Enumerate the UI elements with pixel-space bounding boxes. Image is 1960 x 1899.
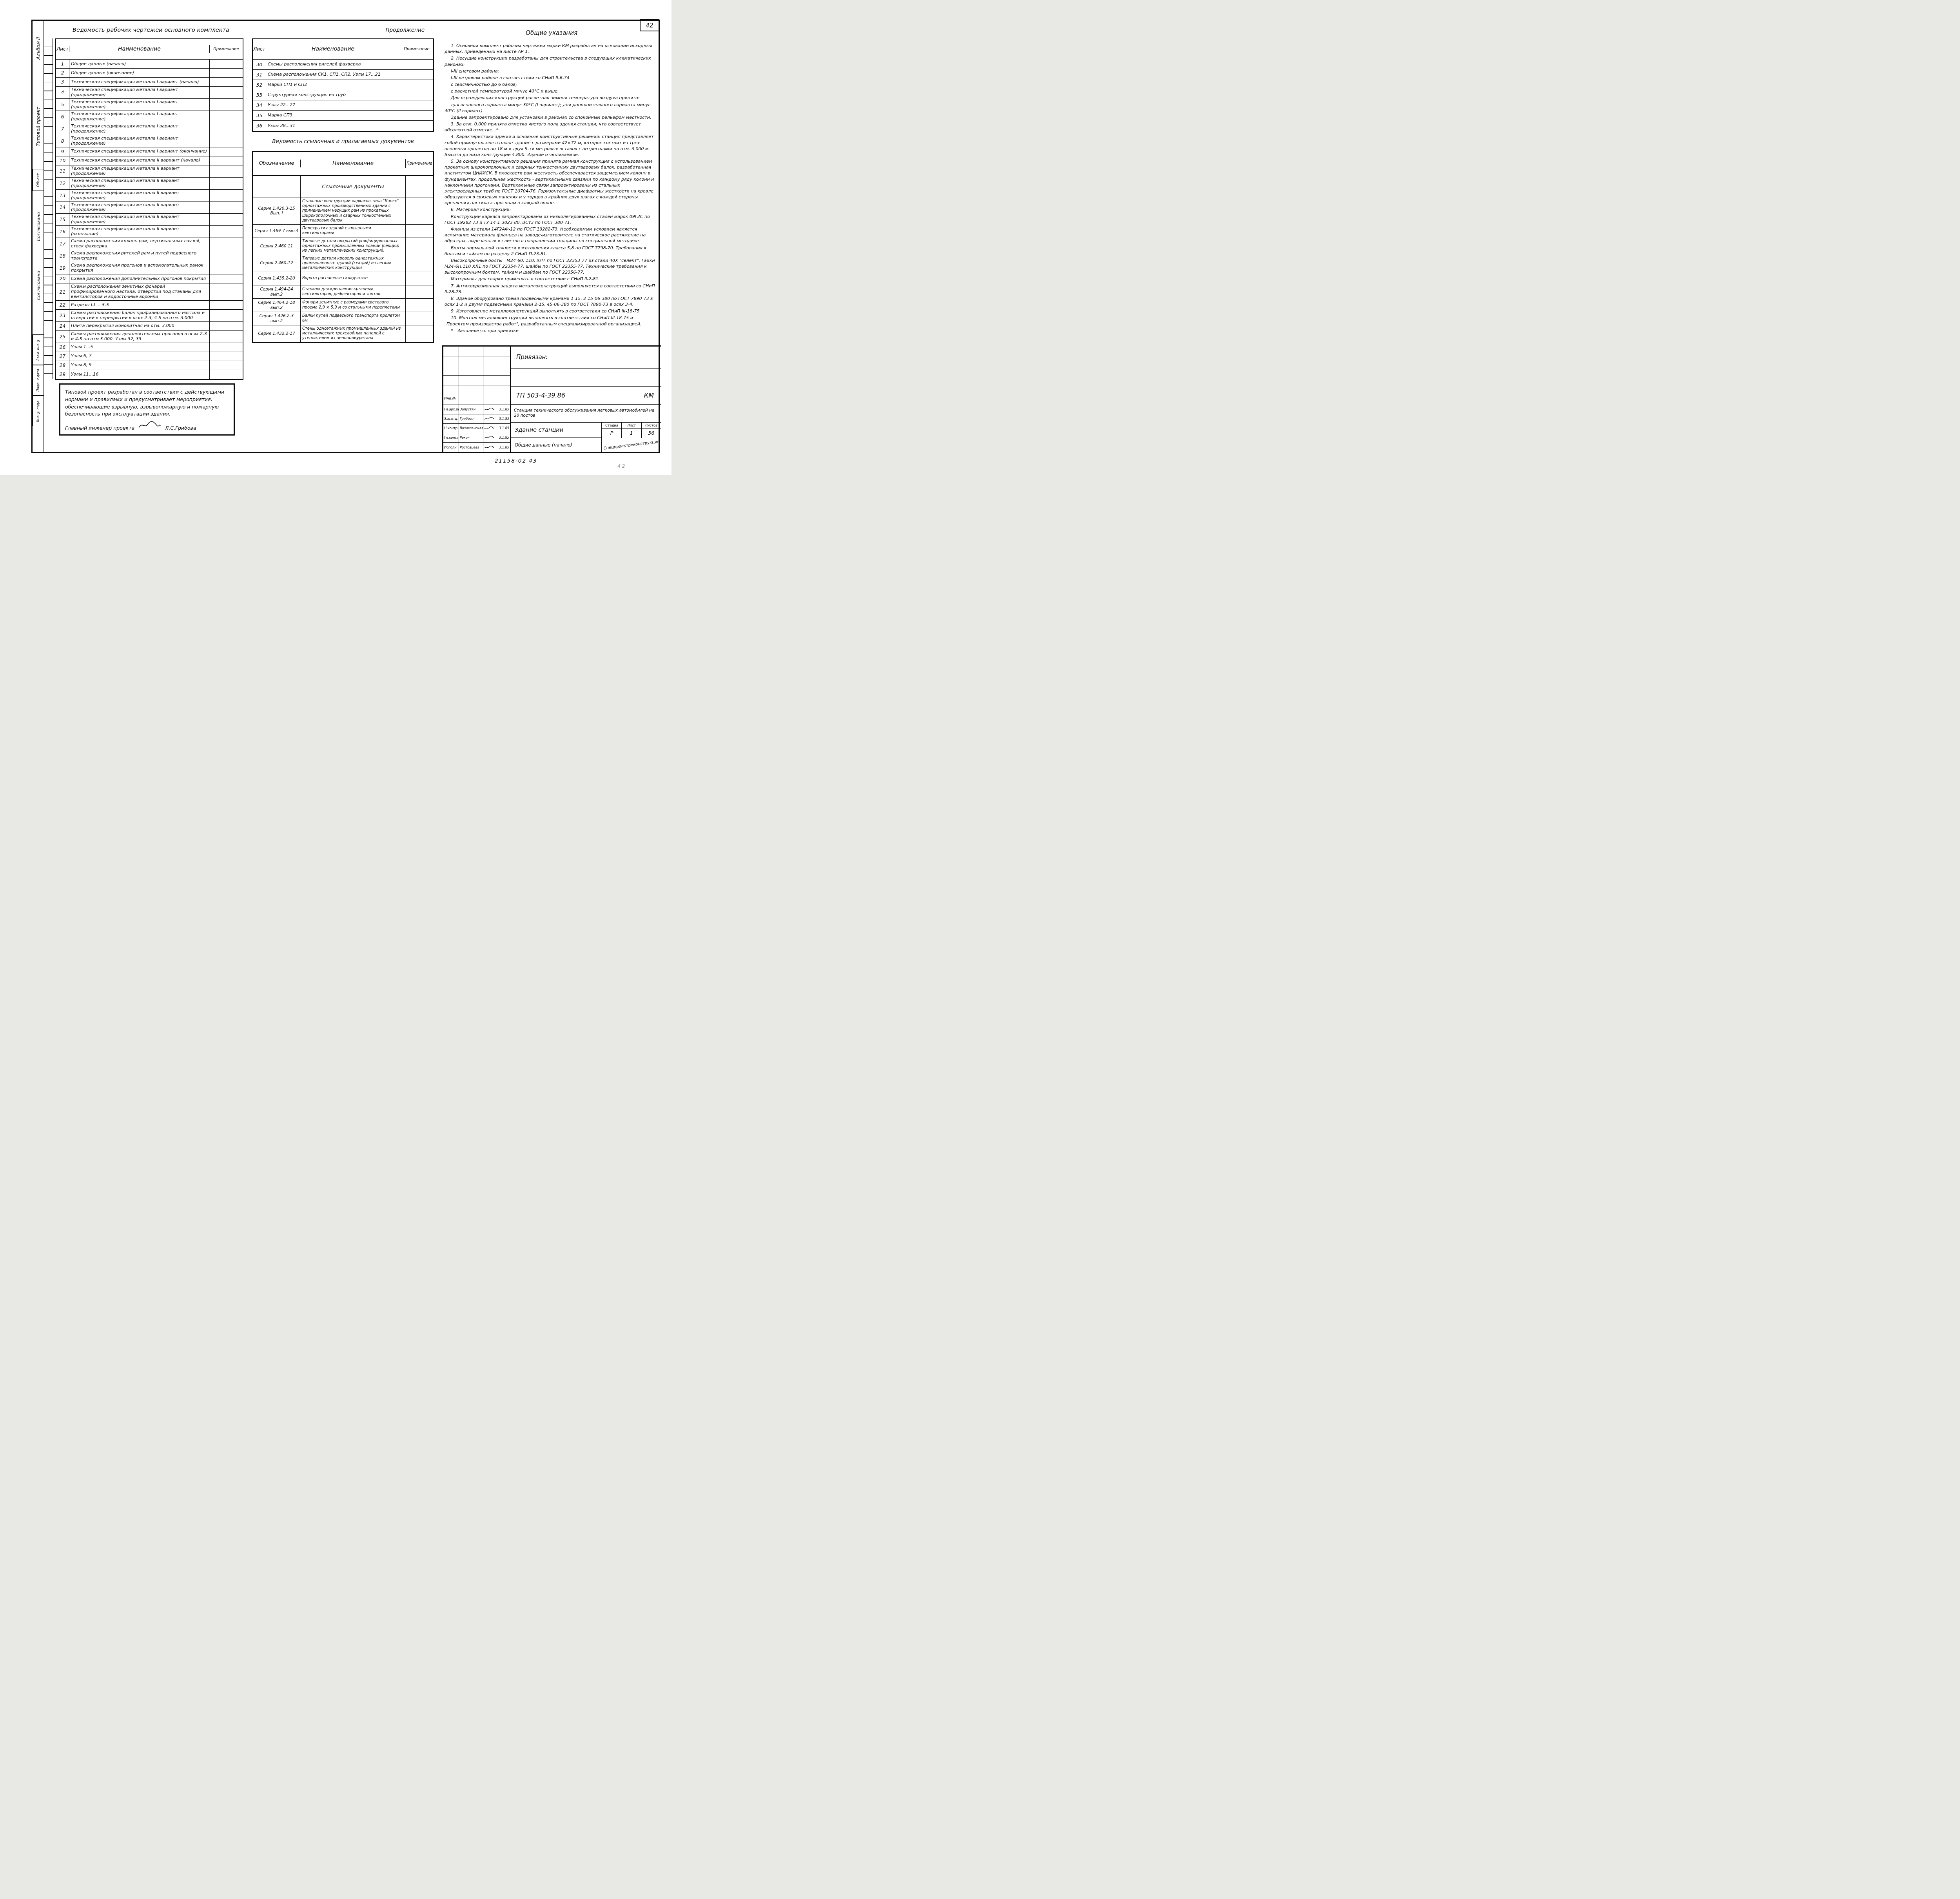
row-name: Плита перекрытия монолитная на отм. 3.00… bbox=[69, 322, 210, 330]
table-row: Серия 1.432.2-17 Стены одноэтажных промы… bbox=[253, 325, 433, 342]
table-row: 34 Узлы 22...27 bbox=[253, 100, 433, 111]
row-note bbox=[210, 352, 243, 361]
signature-role: Исполн. bbox=[443, 443, 459, 452]
row-designation: Серия 1.464.2-18 вып.2 bbox=[253, 299, 301, 312]
row-name: Схема расположения СК1, СП1, СП2. Узлы 1… bbox=[266, 70, 400, 80]
row-name: Структурная конструкция из труб bbox=[266, 90, 400, 100]
table-row: 31 Схема расположения СК1, СП1, СП2. Узл… bbox=[253, 70, 433, 80]
document-number-cell: ТП 503-4-39.86 КМ bbox=[511, 387, 661, 405]
table-row: Серия 1.469-7 вып.4 Перекрытия зданий с … bbox=[253, 225, 433, 238]
note-paragraph: 4. Характеристика здания и основные конс… bbox=[445, 134, 659, 158]
note-paragraph: I-III ветровом районе в соответствии со … bbox=[445, 75, 659, 81]
signature-scribble bbox=[483, 414, 498, 423]
row-name: Схемы расположения дополнительных прогон… bbox=[69, 331, 210, 343]
row-note bbox=[210, 310, 243, 321]
table-row: 26 Узлы 1...5 bbox=[56, 343, 243, 352]
continuation-table: Лист Наименование Примечание 30 Схемы ра… bbox=[252, 38, 434, 132]
row-sheet-number: 25 bbox=[56, 331, 69, 343]
table-row: 11 Техническая спецификация металла II в… bbox=[56, 165, 243, 178]
row-name: Техническая спецификация металла I вариа… bbox=[69, 135, 210, 147]
row-note bbox=[400, 111, 433, 120]
signature-date: 3.1.85 bbox=[498, 433, 510, 442]
title-block-main: Привязан: ТП 503-4-39.86 КМ Станция техн… bbox=[511, 347, 661, 452]
podp-data-label: Подп. и дата bbox=[33, 365, 44, 396]
row-name: Ворота распашные складчатые bbox=[301, 272, 406, 285]
title-block: Инв.№ Гл.арх.ин Запустян bbox=[442, 345, 661, 452]
column-notes: Общие указания 1. Основной комплект рабо… bbox=[442, 21, 661, 452]
table-row: 28 Узлы 8, 9 bbox=[56, 361, 243, 370]
ref-section-row: Ссылочные документы bbox=[253, 176, 433, 198]
note-paragraph: Фланцы из стали 14Г2АФ-12 по ГОСТ 19282-… bbox=[445, 226, 659, 244]
main-list-rows: 1 Общие данные (начало) 2 Общие данные (… bbox=[56, 60, 243, 379]
row-sheet-number: 5 bbox=[56, 99, 69, 111]
row-designation: Серия 1.420.3-15 Вып. I bbox=[253, 198, 301, 224]
row-note bbox=[210, 69, 243, 77]
signature-date: 3.1.85 bbox=[498, 405, 510, 414]
note-paragraph: 1. Основной комплект рабочих чертежей ма… bbox=[445, 43, 659, 54]
row-note bbox=[400, 60, 433, 69]
sheets-header: Листов bbox=[642, 423, 661, 428]
continuation-header: Лист Наименование Примечание bbox=[253, 39, 433, 60]
row-note bbox=[210, 78, 243, 86]
row-sheet-number: 13 bbox=[56, 190, 69, 202]
row-designation: Серия 1.426.2-3 вып.2 bbox=[253, 312, 301, 325]
table-row: 9 Техническая спецификация металла I вар… bbox=[56, 147, 243, 156]
row-name: Техническая спецификация металла I вариа… bbox=[69, 99, 210, 111]
column-main-list: Ведомость рабочих чертежей основного ком… bbox=[55, 21, 247, 452]
ref-list-rows: Серия 1.420.3-15 Вып. I Стальные констру… bbox=[253, 198, 433, 342]
inv-number-label: Инв.№ bbox=[444, 397, 456, 401]
binding-cell: Привязан: bbox=[511, 347, 661, 369]
signature-date: 3.1.85 bbox=[498, 443, 510, 452]
table-row: 15 Техническая спецификация металла II в… bbox=[56, 214, 243, 226]
row-name: Техническая спецификация металла I вариа… bbox=[69, 87, 210, 98]
row-name: Типовые детали кровель одноэтажных промы… bbox=[301, 255, 406, 272]
table-row: Серия 1.420.3-15 Вып. I Стальные констру… bbox=[253, 198, 433, 225]
chief-engineer-signature bbox=[138, 421, 161, 432]
row-sheet-number: 4 bbox=[56, 87, 69, 98]
table-row: 7 Техническая спецификация металла I вар… bbox=[56, 123, 243, 135]
general-notes-text: 1. Основной комплект рабочих чертежей ма… bbox=[445, 43, 659, 334]
header-designation: Обозначение bbox=[253, 160, 301, 167]
signature-role: Н.контр. bbox=[443, 424, 459, 433]
signature-scribble bbox=[483, 424, 498, 433]
row-note bbox=[406, 325, 433, 342]
row-note bbox=[210, 147, 243, 156]
table-row: 16 Техническая спецификация металла II в… bbox=[56, 226, 243, 238]
note-paragraph: для основного варианта минус 30°С (I вар… bbox=[445, 102, 659, 114]
row-note bbox=[210, 343, 243, 352]
note-paragraph: 2. Несущие конструкции разработаны для с… bbox=[445, 55, 659, 67]
chief-engineer-label: Главный инженер проекта bbox=[65, 425, 134, 432]
table-row: 3 Техническая спецификация металла I вар… bbox=[56, 78, 243, 87]
row-name: Техническая спецификация металла I вариа… bbox=[69, 147, 210, 156]
row-note bbox=[406, 285, 433, 298]
object-label: Объект bbox=[33, 169, 44, 191]
row-note bbox=[210, 60, 243, 68]
row-name: Марки СП1 и СП2 bbox=[266, 80, 400, 90]
row-note bbox=[406, 312, 433, 325]
table-row: 19 Схема расположения прогонов и вспомог… bbox=[56, 262, 243, 274]
table-row: 24 Плита перекрытия монолитная на отм. 3… bbox=[56, 322, 243, 331]
row-name: Узлы 6, 7 bbox=[69, 352, 210, 361]
row-note bbox=[406, 225, 433, 238]
row-note bbox=[210, 165, 243, 177]
signature-date: 3.1.85 bbox=[498, 414, 510, 423]
row-sheet-number: 33 bbox=[253, 90, 266, 100]
document-number: ТП 503-4-39.86 bbox=[516, 392, 565, 399]
row-note bbox=[400, 90, 433, 100]
row-sheet-number: 22 bbox=[56, 301, 69, 309]
footer-faint-number: 42 bbox=[617, 463, 626, 469]
row-sheet-number: 14 bbox=[56, 202, 69, 214]
header-note: Примечание bbox=[400, 47, 433, 52]
signature-name: Рекач bbox=[459, 433, 483, 442]
row-sheet-number: 10 bbox=[56, 156, 69, 165]
table-row: Серия 1.426.2-3 вып.2 Балки путей подвес… bbox=[253, 312, 433, 325]
note-paragraph: Конструкции каркаса запроектированы из н… bbox=[445, 214, 659, 225]
header-note: Примечание bbox=[406, 162, 433, 166]
row-designation: Серия 1.435.2-20 bbox=[253, 272, 301, 285]
note-paragraph: 10. Монтаж металлоконструкций выполнять … bbox=[445, 315, 659, 327]
table-row: 2 Общие данные (окончание) bbox=[56, 69, 243, 78]
sheet-header: Лист bbox=[622, 423, 641, 428]
section-note bbox=[406, 176, 433, 198]
row-sheet-number: 28 bbox=[56, 361, 69, 370]
row-name: Техническая спецификация металла II вари… bbox=[69, 178, 210, 189]
row-designation: Серия 2.460.11 bbox=[253, 238, 301, 255]
row-name: Балки путей подвесного транспорта пролет… bbox=[301, 312, 406, 325]
row-sheet-number: 34 bbox=[253, 100, 266, 110]
main-list-table: Лист Наименование Примечание 1 Общие дан… bbox=[55, 38, 243, 380]
row-note bbox=[210, 111, 243, 123]
table-row: 22 Разрезы I-I ... 5-5 bbox=[56, 301, 243, 310]
signature-role: Гл.констр. bbox=[443, 433, 459, 442]
signature-row: Исполн. Ростовцева 3.1.85 bbox=[443, 443, 510, 452]
row-sheet-number: 3 bbox=[56, 78, 69, 86]
row-name: Узлы 8, 9 bbox=[69, 361, 210, 370]
row-sheet-number: 19 bbox=[56, 262, 69, 274]
table-row: 29 Узлы 11...16 bbox=[56, 370, 243, 379]
row-sheet-number: 11 bbox=[56, 165, 69, 177]
row-name: Техническая спецификация металла II вари… bbox=[69, 202, 210, 214]
table-row: Серия 1.494-24 вып.2 Стаканы для креплен… bbox=[253, 285, 433, 299]
row-note bbox=[400, 70, 433, 80]
note-paragraph: 8. Здание оборудовано тремя подвесными к… bbox=[445, 296, 659, 307]
table-row: 12 Техническая спецификация металла II в… bbox=[56, 178, 243, 190]
row-name: Техническая спецификация металла II вари… bbox=[69, 214, 210, 225]
signature-role: Гл.арх.ин bbox=[443, 405, 459, 414]
row-sheet-number: 26 bbox=[56, 343, 69, 352]
row-sheet-number: 7 bbox=[56, 123, 69, 135]
table-row: 35 Марка СП3 bbox=[253, 111, 433, 121]
header-sheet: Лист bbox=[253, 46, 266, 52]
row-name: Разрезы I-I ... 5-5 bbox=[69, 301, 210, 309]
row-sheet-number: 8 bbox=[56, 135, 69, 147]
row-note bbox=[210, 262, 243, 274]
row-name: Техническая спецификация металла I вариа… bbox=[69, 111, 210, 123]
table-row: 8 Техническая спецификация металла I вар… bbox=[56, 135, 243, 147]
row-sheet-number: 6 bbox=[56, 111, 69, 123]
signature-rows: Гл.арх.ин Запустян 3.1.85 Зав.отд. Грибо bbox=[443, 405, 510, 452]
album-label: Альбом II bbox=[33, 25, 44, 72]
object-name-cell: Здание станции bbox=[511, 423, 601, 438]
table-row: 23 Схемы расположения балок профилирован… bbox=[56, 310, 243, 322]
signature-row: Гл.констр. Рекач 3.1.85 bbox=[443, 433, 510, 443]
agreed-label-1: Согласовано bbox=[33, 205, 44, 248]
row-note bbox=[210, 123, 243, 135]
note-paragraph: 5. За основу конструктивного решения при… bbox=[445, 158, 659, 206]
row-name: Марка СП3 bbox=[266, 111, 400, 120]
row-designation: Серия 1.432.2-17 bbox=[253, 325, 301, 342]
ref-list-header: Обозначение Наименование Примечание bbox=[253, 152, 433, 176]
row-sheet-number: 9 bbox=[56, 147, 69, 156]
row-sheet-number: 31 bbox=[253, 70, 266, 80]
row-sheet-number: 16 bbox=[56, 226, 69, 238]
table-row: 17 Схема расположения колонн рам, вертик… bbox=[56, 238, 243, 250]
row-note bbox=[210, 331, 243, 343]
table-row: 13 Техническая спецификация металла II в… bbox=[56, 190, 243, 202]
margin-ticks-strip bbox=[44, 38, 53, 379]
table-row: 27 Узлы 6, 7 bbox=[56, 352, 243, 361]
header-name: Наименование bbox=[266, 45, 400, 53]
main-list-header: Лист Наименование Примечание bbox=[56, 39, 243, 60]
row-note bbox=[406, 255, 433, 272]
row-name: Схемы расположения зенитных фонарей проф… bbox=[69, 283, 210, 300]
table-row: 36 Узлы 28...31 bbox=[253, 121, 433, 131]
row-name: Узлы 22...27 bbox=[266, 100, 400, 110]
header-name: Наименование bbox=[69, 45, 210, 53]
row-name: Узлы 1...5 bbox=[69, 343, 210, 352]
inv-podl-label: Инв.№ подл. bbox=[33, 396, 44, 426]
row-designation: Серия 2.460-12 bbox=[253, 255, 301, 272]
section-empty bbox=[253, 176, 301, 198]
row-note bbox=[210, 226, 243, 238]
row-sheet-number: 35 bbox=[253, 111, 266, 120]
row-note bbox=[210, 361, 243, 370]
signature-scribble bbox=[483, 433, 498, 442]
row-sheet-number: 21 bbox=[56, 283, 69, 300]
row-name: Техническая спецификация металла I вариа… bbox=[69, 123, 210, 135]
ref-list-table: Обозначение Наименование Примечание Ссыл… bbox=[252, 151, 434, 343]
row-name: Стаканы для крепления крышных вентилятор… bbox=[301, 285, 406, 298]
row-name: Схема расположения ригелей рам и путей п… bbox=[69, 250, 210, 262]
row-note bbox=[210, 202, 243, 214]
note-paragraph: 9. Изготовление металлоконструкций выпол… bbox=[445, 308, 659, 314]
stage-value: Р bbox=[602, 429, 622, 438]
left-rail: Альбом II Типовой проект Объект Согласов… bbox=[33, 21, 44, 452]
note-paragraph: Высокопрочные болты - М24-60, 110, ХЛТ п… bbox=[445, 258, 659, 276]
chief-engineer-name: Л.С.Грибова bbox=[165, 425, 196, 432]
table-row: 21 Схемы расположения зенитных фонарей п… bbox=[56, 283, 243, 301]
table-row: Серия 1.435.2-20 Ворота распашные складч… bbox=[253, 272, 433, 285]
row-note bbox=[210, 156, 243, 165]
row-sheet-number: 27 bbox=[56, 352, 69, 361]
vzam-inv-label: Взам. инв.№ bbox=[33, 334, 44, 365]
sheet-frame: Альбом II Типовой проект Объект Согласов… bbox=[31, 20, 660, 453]
row-name: Перекрытия зданий с крышными вентилятора… bbox=[301, 225, 406, 238]
row-note bbox=[406, 198, 433, 224]
table-row: 18 Схема расположения ригелей рам и путе… bbox=[56, 250, 243, 262]
drawing-sheet: 42 Альбом II Типовой проект Объект Согла… bbox=[0, 0, 671, 475]
row-name: Схема расположения колонн рам, вертикаль… bbox=[69, 238, 210, 250]
row-name: Техническая спецификация металла II вари… bbox=[69, 226, 210, 238]
table-row: 1 Общие данные (начало) bbox=[56, 60, 243, 69]
row-sheet-number: 23 bbox=[56, 310, 69, 321]
row-note bbox=[400, 100, 433, 110]
table-row: Серия 1.464.2-18 вып.2 Фонари зенитные с… bbox=[253, 299, 433, 312]
note-paragraph: с расчетной температурой минус 40°С и вы… bbox=[445, 88, 659, 94]
row-note bbox=[210, 283, 243, 300]
table-row: Серия 2.460-12 Типовые детали кровель од… bbox=[253, 255, 433, 272]
row-name: Схемы расположения балок профилированног… bbox=[69, 310, 210, 321]
row-note bbox=[210, 190, 243, 202]
main-list-title: Ведомость рабочих чертежей основного ком… bbox=[55, 27, 247, 33]
row-sheet-number: 17 bbox=[56, 238, 69, 250]
row-note bbox=[210, 178, 243, 189]
row-name: Стены одноэтажных промышленных зданий из… bbox=[301, 325, 406, 342]
ref-section-title: Ссылочные документы bbox=[301, 176, 406, 198]
note-paragraph: Материалы для сварки применять в соответ… bbox=[445, 276, 659, 282]
note-paragraph: Для ограждающих конструкций расчетная зи… bbox=[445, 95, 659, 101]
note-paragraph: Здание запроектировано для установки в р… bbox=[445, 114, 659, 120]
note-paragraph: I-III снеговом района; bbox=[445, 68, 659, 74]
table-row: 30 Схемы расположения ригелей фахверка bbox=[253, 60, 433, 70]
row-note bbox=[406, 299, 433, 312]
row-note bbox=[400, 80, 433, 90]
signature-row: Гл.арх.ин Запустян 3.1.85 bbox=[443, 405, 510, 414]
table-row: 6 Техническая спецификация металла I вар… bbox=[56, 111, 243, 123]
row-note bbox=[210, 370, 243, 379]
column-ref-lists: Продолжение Лист Наименование Примечание… bbox=[252, 21, 436, 452]
row-note bbox=[210, 238, 243, 250]
warning-note-box: Типовой проект разработан в соответствии… bbox=[59, 383, 235, 436]
row-note bbox=[210, 214, 243, 225]
row-note bbox=[210, 322, 243, 330]
document-mark: КМ bbox=[644, 392, 654, 399]
signature-row: Зав.отд. Грибова 3.1.85 bbox=[443, 414, 510, 424]
row-name: Техническая спецификация металла II вари… bbox=[69, 190, 210, 202]
row-name: Узлы 11...16 bbox=[69, 370, 210, 379]
row-name: Техническая спецификация металла II вари… bbox=[69, 156, 210, 165]
signature-row: Н.контр. Вознесенская 3.1.85 bbox=[443, 424, 510, 433]
table-row: 10 Техническая спецификация металла II в… bbox=[56, 156, 243, 165]
row-designation: Серия 1.469-7 вып.4 bbox=[253, 225, 301, 238]
row-note bbox=[210, 274, 243, 283]
row-sheet-number: 32 bbox=[253, 80, 266, 90]
header-sheet: Лист bbox=[56, 46, 69, 52]
row-sheet-number: 24 bbox=[56, 322, 69, 330]
project-type-label: Типовой проект bbox=[33, 95, 44, 158]
signature-name: Запустян bbox=[459, 405, 483, 414]
table-row: 14 Техническая спецификация металла II в… bbox=[56, 202, 243, 214]
row-name: Схема расположения дополнительных прогон… bbox=[69, 274, 210, 283]
signature-date: 3.1.85 bbox=[498, 424, 510, 433]
ref-list-title: Ведомость ссылочных и прилагаемых докуме… bbox=[252, 138, 434, 145]
table-row: 4 Техническая спецификация металла I вар… bbox=[56, 87, 243, 99]
signature-name: Ростовцева bbox=[459, 443, 483, 452]
note-paragraph: с сейсмичностью до 6 балов; bbox=[445, 82, 659, 87]
row-note bbox=[210, 301, 243, 309]
row-name: Типовые детали покрытий унифицированных … bbox=[301, 238, 406, 255]
row-note bbox=[210, 250, 243, 262]
stage-header: Стадия bbox=[602, 423, 622, 428]
footer-document-code: 21158-02 43 bbox=[495, 458, 537, 464]
table-row: 5 Техническая спецификация металла I вар… bbox=[56, 99, 243, 111]
row-sheet-number: 15 bbox=[56, 214, 69, 225]
header-name: Наименование bbox=[301, 159, 406, 168]
row-sheet-number: 12 bbox=[56, 178, 69, 189]
row-note bbox=[406, 238, 433, 255]
project-name-cell: Станция технического обслуживания легков… bbox=[511, 405, 661, 423]
signature-name: Грибова bbox=[459, 414, 483, 423]
continuation-label: Продолжение bbox=[385, 27, 425, 33]
row-name: Схемы расположения ригелей фахверка bbox=[266, 60, 400, 69]
warning-text: Типовой проект разработан в соответствии… bbox=[65, 389, 224, 417]
row-note bbox=[210, 99, 243, 111]
note-paragraph: Болты нормальной точности изготовления к… bbox=[445, 245, 659, 257]
note-paragraph: 6. Материал конструкций: bbox=[445, 207, 659, 212]
agreed-label-2: Согласовано bbox=[33, 264, 44, 307]
row-note bbox=[400, 121, 433, 131]
header-note: Примечание bbox=[210, 47, 243, 52]
note-paragraph: * - Заполняется при привязке bbox=[445, 328, 659, 334]
row-name: Общие данные (начало) bbox=[69, 60, 210, 68]
row-name: Фонари зенитные с размерами светового пр… bbox=[301, 299, 406, 312]
general-notes-title: Общие указания bbox=[442, 29, 661, 36]
row-designation: Серия 1.494-24 вып.2 bbox=[253, 285, 301, 298]
table-row: Серия 2.460.11 Типовые детали покрытий у… bbox=[253, 238, 433, 255]
row-sheet-number: 2 bbox=[56, 69, 69, 77]
signature-role: Зав.отд. bbox=[443, 414, 459, 423]
row-sheet-number: 30 bbox=[253, 60, 266, 69]
signature-scribble bbox=[483, 443, 498, 452]
title-block-signature-grid: Инв.№ Гл.арх.ин Запустян bbox=[443, 347, 511, 452]
sheet-value: 1 bbox=[622, 429, 641, 438]
row-sheet-number: 18 bbox=[56, 250, 69, 262]
row-note bbox=[210, 87, 243, 98]
row-name: Общие данные (окончание) bbox=[69, 69, 210, 77]
row-sheet-number: 1 bbox=[56, 60, 69, 68]
sheet-content-cell: Общие данные (начало) bbox=[511, 438, 601, 452]
row-note bbox=[406, 272, 433, 285]
note-paragraph: 3. За отм. 0.000 принята отметка чистого… bbox=[445, 121, 659, 133]
signature-name: Вознесенская bbox=[459, 424, 483, 433]
table-row: 33 Структурная конструкция из труб bbox=[253, 90, 433, 100]
row-name: Техническая спецификация металла I вариа… bbox=[69, 78, 210, 86]
row-sheet-number: 29 bbox=[56, 370, 69, 379]
row-name: Стальные конструкции каркасов типа "Канс… bbox=[301, 198, 406, 224]
row-name: Техническая спецификация металла II вари… bbox=[69, 165, 210, 177]
continuation-rows: 30 Схемы расположения ригелей фахверка 3… bbox=[253, 60, 433, 131]
row-sheet-number: 20 bbox=[56, 274, 69, 283]
row-note bbox=[210, 135, 243, 147]
note-paragraph: 7. Антикоррозионная защита металлоконстр… bbox=[445, 283, 659, 295]
empty-cell bbox=[511, 369, 661, 387]
signature-scribble bbox=[483, 405, 498, 414]
row-name: Узлы 28...31 bbox=[266, 121, 400, 131]
row-sheet-number: 36 bbox=[253, 121, 266, 131]
table-row: 20 Схема расположения дополнительных про… bbox=[56, 274, 243, 283]
table-row: 32 Марки СП1 и СП2 bbox=[253, 80, 433, 90]
stage-header-row: Стадия Лист Листов bbox=[602, 423, 661, 429]
row-name: Схема расположения прогонов и вспомогате… bbox=[69, 262, 210, 274]
table-row: 25 Схемы расположения дополнительных про… bbox=[56, 331, 243, 343]
